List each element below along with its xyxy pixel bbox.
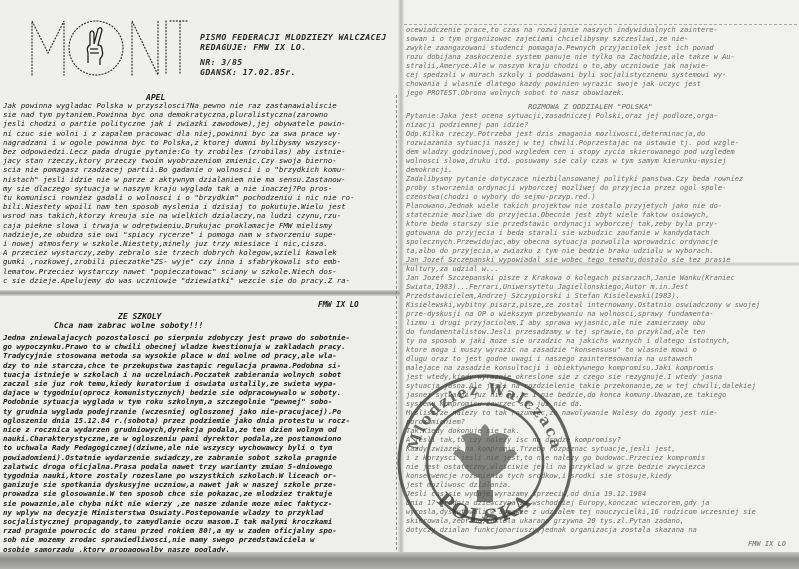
apel-line: i nowej atmosfery w szkole.Niestety,mine… (3, 239, 395, 248)
rozmowa-line: proby stworzenia ordynacji wyborczej moz… (406, 184, 796, 193)
ze-szkoly-line: to uchwala Rady Pedagogicznej(dziwne,ale… (3, 443, 395, 452)
rozmowa-line: rozwiazania sytuacji naszej w tej chwili… (406, 139, 796, 148)
ze-szkoly-line: Tradycyjnie stosowana metoda sa wysokie … (3, 351, 395, 360)
ze-szkoly-line: ty grudnia wyglada podejrzanie (wczesnie… (3, 407, 395, 416)
ze-szkoly-line: ogloszeniu dnia 15.12.84 r.(sobota) prze… (3, 416, 395, 425)
monit-logo (28, 17, 188, 77)
rozmowa-line: czenstwa(chodzi o wybory do sejmu-przyp.… (406, 193, 796, 202)
apel-line: tu komunisci rowniez gadali o wolnosci i… (3, 193, 395, 202)
intro-line: stralii,Ameryce.Ale w naszym kraju chodz… (406, 62, 796, 71)
apel-line: scia nie pomagasz rzadzacej partii.Bo ga… (3, 165, 395, 174)
victory-fist-icon (87, 28, 102, 65)
ze-szkoly-line: prowadza sie glosowanie.W ten sposob chc… (3, 489, 395, 498)
ze-szkoly-line: zaczal sie juz rok temu,kiedy kuratorium… (3, 379, 395, 388)
apel-signature: FMW IX LO (318, 300, 359, 309)
rozmowa-line: spolecznych.Przewidujac,aby obecna sytua… (406, 238, 796, 247)
rozmowa-line: statecznie mozliwe do przyjecia.Obecnie … (406, 211, 796, 220)
apel-line: A przeciez wystarczy,zeby zebralo sie tr… (3, 248, 395, 257)
scan-edge-shadow (0, 552, 799, 569)
rozmowa-line: dlugu oraz to jest godne uwagi i naszego… (406, 355, 796, 364)
apel-line: caja piekne slowa i trwaja w odretwieniu… (3, 221, 395, 230)
apel-line: wsrod nas takich,ktorzy kreuja sie na wi… (3, 211, 395, 220)
rozmowa-line: Jan Jozef Szczepanski pisze z Krakowa o … (406, 274, 796, 283)
ze-szkoly-line: Podobnie sytuacja wyglada w tym roku szk… (3, 397, 395, 406)
rozmowa-line: Planowano.Jednak wiele takich projektow … (406, 202, 796, 211)
rozmowa-line: Zadalibysmy pytanie dotyczace niezbilans… (406, 175, 796, 184)
rozmowa-line: ktore beda starszy sie przedstawic ordyn… (406, 220, 796, 229)
right-signature: FMW IX LO (748, 540, 786, 548)
apel-line: jacy stan rzeczy,ktory przeczy twoim wyo… (3, 156, 395, 165)
apel-line: nadzieje,ze obudza sie owi "spiacy rycer… (3, 230, 395, 239)
ze-szkoly-line: nice z rocznica wydarzen grudniowych,dyr… (3, 425, 395, 434)
apel-line: my sie dlaczego sytuacja w naszym kraju … (3, 184, 395, 193)
apel-line: c sie dzieje.Apelujemy do was uczniowie … (3, 276, 395, 285)
apel-line: gumki ,rozkowej,zrobili pieczatke"ZS- wy… (3, 257, 395, 266)
ze-szkoly-line: zalatwic droga oficjalna.Prasa podala na… (3, 462, 395, 471)
rozmowa-line: Kisielewski,wybitny pisarz,pisze,ze zost… (406, 301, 796, 310)
rozmowa-line: do fundamentalistow.Jesli przesadzamy w … (406, 328, 796, 337)
apel-line: ni czuc sie wolni i z zapalem pracowac d… (3, 129, 395, 138)
intro-line: rozu dobijana zaskoczenie system panuje … (406, 53, 796, 62)
place-date: GDANSK: 17.02.85r. (200, 68, 387, 78)
document-scan: PISMO FEDERACJI MLODZIEZY WALCZACEJ REDA… (0, 0, 799, 556)
apel-line: bili.Niestety wpoili nam ten sposob mysl… (3, 202, 395, 211)
rozmowa-line: Odp.Kilka rzeczy.Potrzeba jest dzis zmag… (406, 130, 796, 139)
intro-line: ocewiadczenie prace,to czas na rozwijani… (406, 26, 796, 35)
ze-szkoly-line: sob nie mozemy zrodac sprawiedliwosci,ni… (3, 535, 395, 544)
intro-line: zwykle zaangazowani studenci pomagaja.Pe… (406, 44, 796, 53)
rozmowa-line: lizmu i drugi przyjaciolem.I aby sprawa … (406, 319, 796, 328)
apel-line: sie nad tym pytaniem.Powinna byc ona dem… (3, 110, 395, 119)
ze-szkoly-line: ny wplyw na decyzje Ministerstwa Oswiaty… (3, 508, 395, 517)
rozmowa-line: kultury,za udzial w... (406, 265, 796, 274)
ze-szkoly-line: powiadomieni).Ostatnie wydarzenie swiadc… (3, 453, 395, 462)
rozmowa-heading: ROZMOWA Z ODDZIALEM "POLSKA" (528, 102, 653, 111)
ze-szkoly-line: dajace w tygodniu(oprocz komunistycznych… (3, 388, 395, 397)
intro-line: chowania i wlasnie dlatego kazdy powinie… (406, 80, 796, 89)
svg-text:✱: ✱ (481, 511, 488, 525)
right-intro-body: ocewiadczenie prace,to czas na rozwijani… (406, 26, 796, 98)
intro-line: sowan i o tym organizowac zajeciami chci… (406, 35, 796, 44)
ze-szkoly-line: go wypoczynku.Prawo to w chwili obecnej … (3, 342, 395, 351)
top-rule (404, 24, 797, 25)
apel-body: Jak powinna wygladac Polska w przyszlosc… (3, 101, 395, 285)
intro-line: cej spedzali w murach szkoly i poddawani… (406, 71, 796, 80)
ze-szkoly-line: socjalistycznej propagandy,to zamydlanie… (3, 517, 395, 526)
editor-line: REDAGUJE: FMW IX LO. (200, 43, 387, 53)
ze-szkoly-line: tygodnia nauki,ktore zostaly rozeslane p… (3, 471, 395, 480)
ze-szkoly-line: rzad pragnie powrocic do stanu przed rok… (3, 526, 395, 535)
ze-szkoly-subtitle: Chca nam zabrac wolne soboty!!! (54, 321, 203, 330)
masthead-info: PISMO FEDERACJI MLODZIEZY WALCZACEJ REDA… (200, 33, 387, 77)
rozmowa-line: nizacji podziemnej pan idzie? (406, 121, 796, 130)
ze-szkoly-line: Jedna zniewalajacych pozostalosci po sie… (3, 333, 395, 342)
ze-szkoly-body: Jedna zniewalajacych pozostalosci po sie… (3, 333, 395, 555)
apel-line: Jak powinna wygladac Polska w przyszlosc… (3, 101, 395, 110)
apel-line: lematow.Przeciez wystarczy nawet "popiec… (3, 267, 395, 276)
ze-szkoly-heading: ZE SZKOLY (118, 312, 161, 321)
rozmowa-line: dem wladzy godzinowej,pod wzgledem cen i… (406, 148, 796, 157)
rozmowa-line: ktore moga i muszy wyrazic na zasadzie "… (406, 346, 796, 355)
ze-szkoly-line: nauki.Charakterystyczne,ze w ogloszeniu … (3, 434, 395, 443)
ze-szkoly-line: sie powaznie,ale chyba nikt nie wierzy ,… (3, 499, 395, 508)
rozmowa-line: Pytanie:Jaka jest ocena sytuacji,zasadni… (406, 112, 796, 121)
apel-line: jesli chodzi o partie polityczne jak i z… (3, 119, 395, 128)
apel-line: bez odpowiedzi.Lecz pada drugie pytanie:… (3, 147, 395, 156)
organization-stamp: Mlodziez Walczaca POLSKA ✱ (395, 372, 575, 552)
rozmowa-line: Jan Jozef Szczepanski wypowiadal sie wob… (406, 256, 796, 265)
ze-szkoly-line: tuacja istnieje w szkolach i na uczelnia… (3, 370, 395, 379)
rozmowa-line: ty na sposob w jaki moze sie urzadzic na… (406, 337, 796, 346)
ze-szkoly-line: dzy to nie starcza,chce te przekupstwa z… (3, 361, 395, 370)
rozmowa-line: wolnosci slowa,druku itd. posuwamy sie c… (406, 157, 796, 166)
rozmowa-line: gotowana do przyjecia i beda starali sie… (406, 229, 796, 238)
rozmowa-line: Przedstawicielem,Andrzej Szczypiorski i … (406, 292, 796, 301)
rozmowa-line: ta,albo do przyjecia,w zwiazku z tym nie… (406, 247, 796, 256)
intro-line: jego PROTEST.Obrona wolnych sobot to nas… (406, 89, 796, 98)
ze-szkoly-line: ganizuje sie spotkania dyskusyjne ucznio… (3, 480, 395, 489)
apel-line: nagradzani i w ogole powinna byc to Pols… (3, 138, 395, 147)
rozmowa-line: demokracji. (406, 166, 796, 175)
rozmowa-line: Swiata,1983)...Ferrari,Uniwersytetu Jagi… (406, 283, 796, 292)
rozmowa-line: prze-dyskusji na OP o wiekszym przebywan… (406, 310, 796, 319)
fold-line (0, 290, 400, 296)
apel-line: nistach" jesli idzie nie w parze z aktyw… (3, 175, 395, 184)
